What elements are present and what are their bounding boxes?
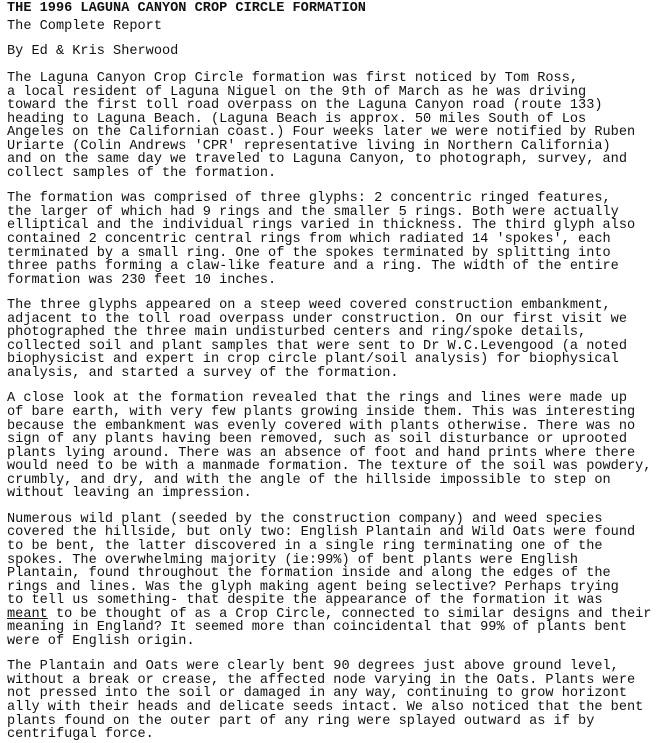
document-subtitle: The Complete Report xyxy=(7,20,671,34)
text-line: Plantain, found throughout the formation… xyxy=(7,567,671,581)
text-line: not pressed into the soil or damaged in … xyxy=(7,687,671,701)
text-line: Numerous wild plant (seeded by the const… xyxy=(7,513,671,527)
text-line: centrifugal force. xyxy=(7,728,671,742)
text-line: The three glyphs appeared on a steep wee… xyxy=(7,299,671,313)
text-line: biophysicist and expert in crop circle p… xyxy=(7,353,671,367)
text-line: to tell us something- that despite the a… xyxy=(7,594,671,608)
text-line: analysis, and started a survey of the fo… xyxy=(7,367,671,381)
text-line: ally with their heads and delicate seeds… xyxy=(7,701,671,715)
paragraph: The Plantain and Oats were clearly bent … xyxy=(7,660,671,741)
text-line: a local resident of Laguna Niguel on the… xyxy=(7,86,671,100)
text-line: were of English origin. xyxy=(7,635,671,649)
text-line: and on the same day we traveled to Lagun… xyxy=(7,153,671,167)
document-title: THE 1996 LAGUNA CANYON CROP CIRCLE FORMA… xyxy=(7,2,671,16)
text-line: heading to Laguna Beach. (Laguna Beach i… xyxy=(7,113,671,127)
text-line: plants found on the outer part of any ri… xyxy=(7,715,671,729)
text-line: meaning in England? It seemed more than … xyxy=(7,621,671,635)
text-line: formation was 230 feet 10 inches. xyxy=(7,274,671,288)
text-line: photographed the three main undisturbed … xyxy=(7,326,671,340)
text-line: three paths forming a claw-like feature … xyxy=(7,260,671,274)
text-line: of bare earth, with very few plants grow… xyxy=(7,406,671,420)
document-byline: By Ed & Kris Sherwood xyxy=(7,45,671,59)
text-line: Angeles on the Californian coast.) Four … xyxy=(7,126,671,140)
text-line: covered the hillside, but only two: Engl… xyxy=(7,526,671,540)
document-body: The Laguna Canyon Crop Circle formation … xyxy=(7,72,671,742)
text-line: Uriarte (Colin Andrews 'CPR' representat… xyxy=(7,140,671,154)
text-line: the larger of which had 9 rings and the … xyxy=(7,206,671,220)
text-line: to be bent, the latter discovered in a s… xyxy=(7,540,671,554)
text-line: adjacent to the toll road overpass under… xyxy=(7,313,671,327)
text-line: would need to be with a manmade formatio… xyxy=(7,460,671,474)
paragraph: A close look at the formation revealed t… xyxy=(7,392,671,500)
text-line: toward the first toll road overpass on t… xyxy=(7,99,671,113)
text-line: collected soil and plant samples that we… xyxy=(7,340,671,354)
text-line: contained 2 concentric central rings fro… xyxy=(7,233,671,247)
text-line: plants lying around. There was an absenc… xyxy=(7,447,671,461)
text-line: A close look at the formation revealed t… xyxy=(7,392,671,406)
text-line: terminated by a small ring. One of the s… xyxy=(7,247,671,261)
paragraph: The three glyphs appeared on a steep wee… xyxy=(7,299,671,380)
text-line: The Plantain and Oats were clearly bent … xyxy=(7,660,671,674)
text-line: crumbly, and dry, and with the angle of … xyxy=(7,474,671,488)
text-line: without leaving an impression. xyxy=(7,487,671,501)
text-line: elliptical and the individual rings vari… xyxy=(7,219,671,233)
text-line: meant to be thought of as a Crop Circle,… xyxy=(7,608,671,622)
text-line: The Laguna Canyon Crop Circle formation … xyxy=(7,72,671,86)
text-line: rings and lines. Was the glyph making ag… xyxy=(7,581,671,595)
paragraph: The Laguna Canyon Crop Circle formation … xyxy=(7,72,671,180)
text-line: because the embankment was evenly covere… xyxy=(7,420,671,434)
paragraph: The formation was comprised of three gly… xyxy=(7,192,671,287)
text-line: without a break or crease, the affected … xyxy=(7,674,671,688)
paragraph: Numerous wild plant (seeded by the const… xyxy=(7,513,671,648)
text-line: sign of any plants having been removed, … xyxy=(7,433,671,447)
document-page: THE 1996 LAGUNA CANYON CROP CIRCLE FORMA… xyxy=(0,0,671,742)
text-line: The formation was comprised of three gly… xyxy=(7,192,671,206)
text-line: spokes. The overwhelming majority (ie:99… xyxy=(7,554,671,568)
text-line: collect samples of the formation. xyxy=(7,167,671,181)
